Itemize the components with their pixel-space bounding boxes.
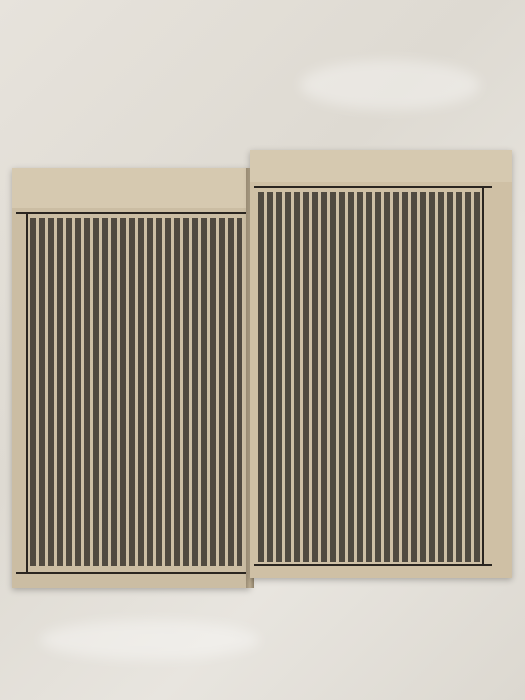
left-bottom-rule [16,572,246,574]
right-page-text [258,192,480,562]
marble-vein [40,620,260,660]
right-side-rule [482,186,484,566]
right-bottom-rule [254,564,492,566]
open-book: 繪圖說唐三傳 折了好馬甸數 [12,150,512,600]
left-page-text [30,218,242,566]
left-page: 繪圖說唐三傳 [12,168,250,588]
left-page-top-margin [12,168,250,208]
marble-vein [300,60,480,110]
right-page: 折了好馬甸數 [250,150,512,578]
right-page-top-margin [250,150,512,182]
left-side-rule [26,212,28,572]
right-top-rule [254,186,492,188]
left-top-rule [16,212,246,214]
